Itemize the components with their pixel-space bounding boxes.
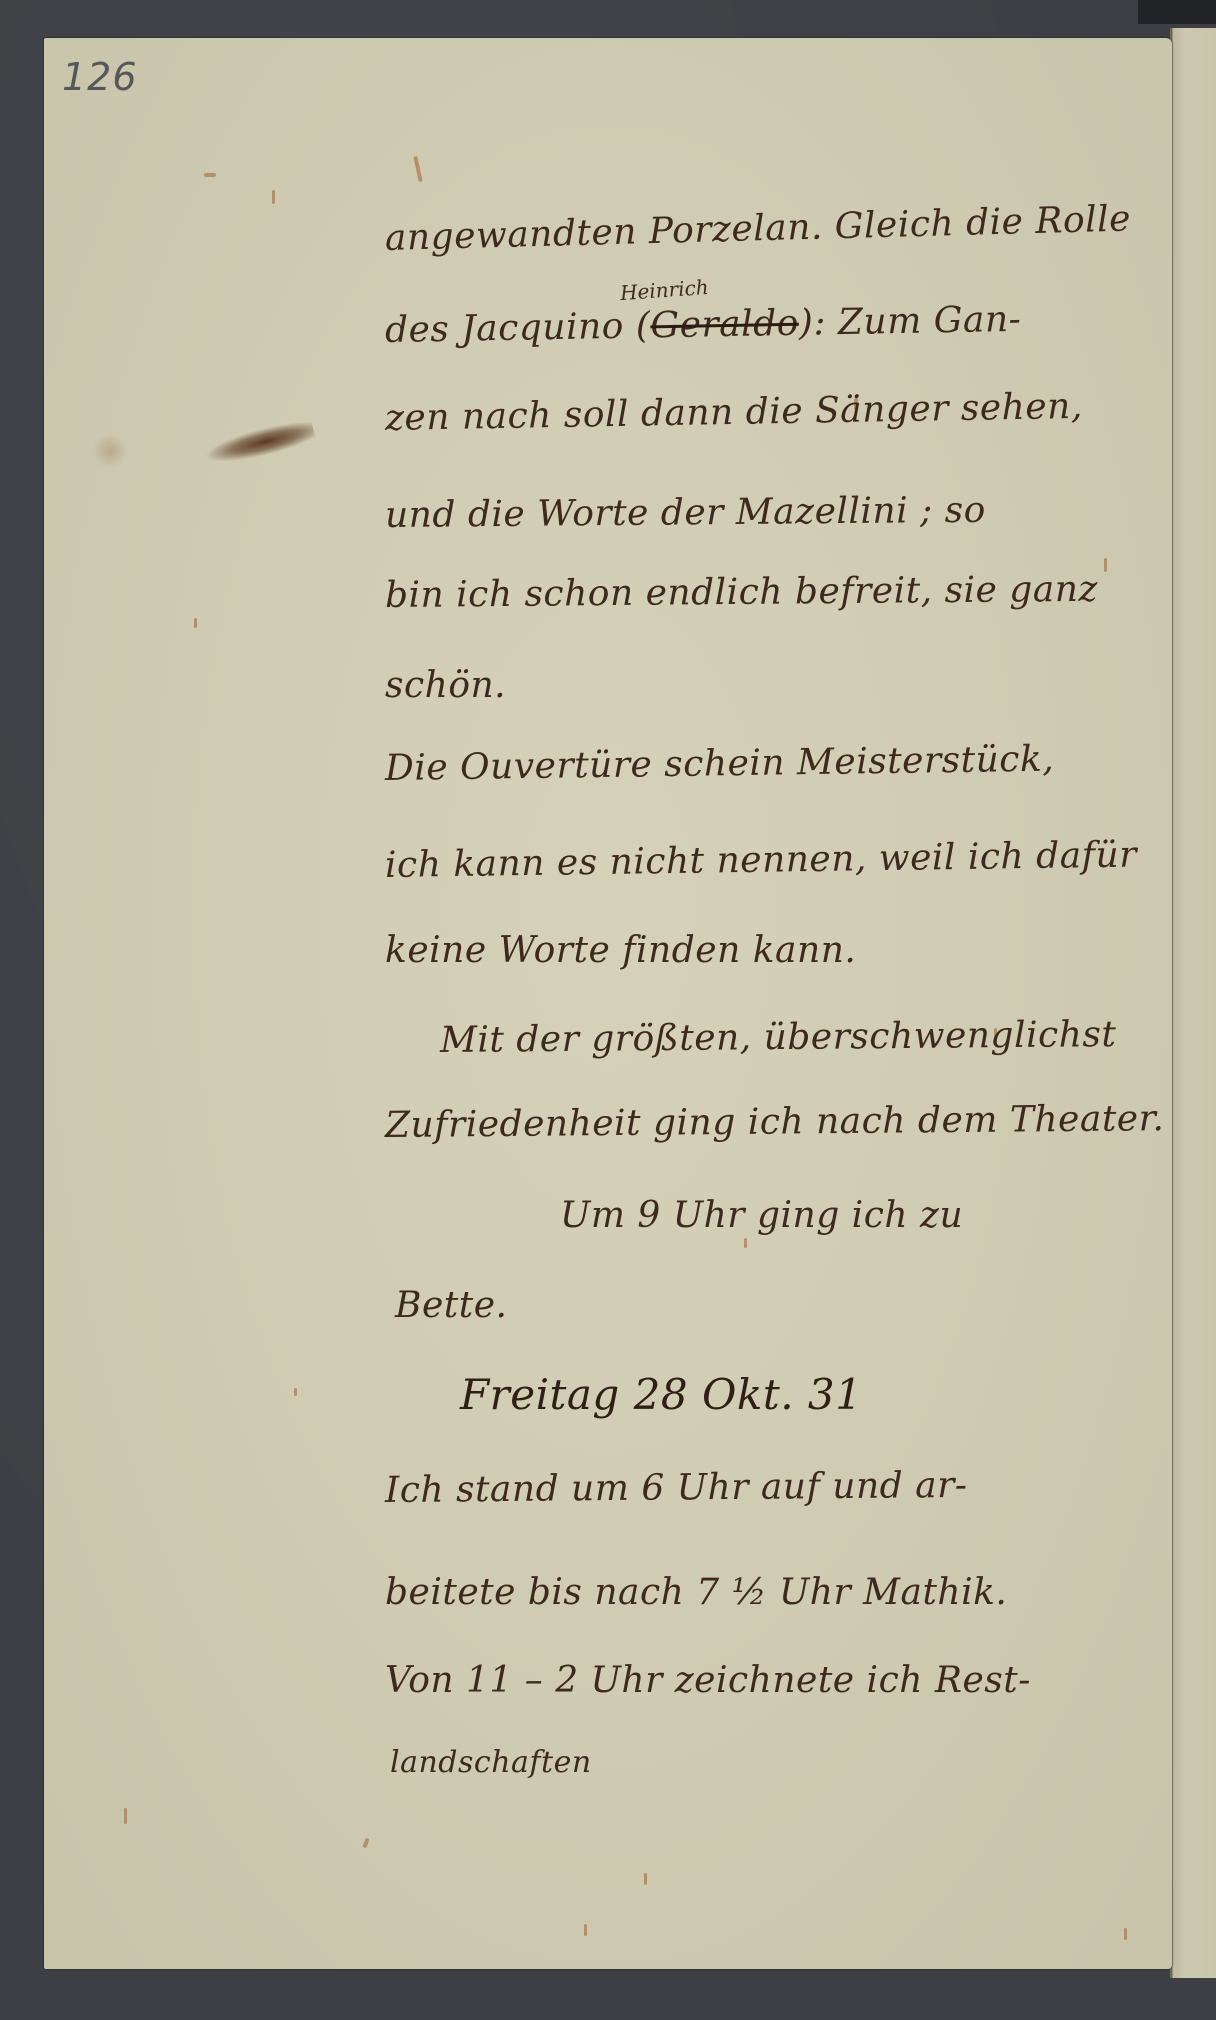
manuscript-line-16: beitete bis nach 7 ½ Uhr Mathik. xyxy=(385,1572,1007,1613)
manuscript-line-11: Zufriedenheit ging ich nach dem Theater. xyxy=(385,1098,1165,1146)
paper-fleck xyxy=(294,1388,297,1396)
paper-fleck xyxy=(744,1238,747,1248)
next-page-edge xyxy=(1172,28,1216,1978)
line-2-start: des Jacquino ( xyxy=(385,305,651,351)
struck-word: Geraldo xyxy=(650,303,799,347)
paper-fleck xyxy=(362,1838,369,1849)
manuscript-line-12: Um 9 Uhr ging ich zu xyxy=(560,1195,963,1236)
manuscript-line-5: bin ich schon endlich befreit, sie ganz xyxy=(385,569,1098,616)
paper-fleck xyxy=(194,618,197,628)
manuscript-line-17: Von 11 – 2 Uhr zeichnete ich Rest- xyxy=(385,1660,1031,1701)
paper-fleck xyxy=(1124,1928,1127,1940)
manuscript-line-9: keine Worte finden kann. xyxy=(385,930,856,971)
paper-fleck xyxy=(413,156,422,182)
diary-date-heading: Freitag 28 Okt. 31 xyxy=(460,1370,862,1419)
manuscript-line-4: und die Worte der Mazellini ; so xyxy=(385,490,986,536)
folio-number: 126 xyxy=(62,55,138,99)
paper-fleck xyxy=(644,1873,647,1885)
paper-fleck xyxy=(124,1808,127,1824)
manuscript-line-6: schön. xyxy=(385,665,506,706)
paper-fleck xyxy=(204,173,216,177)
manuscript-line-10: Mit der größten, überschwenglichst xyxy=(440,1014,1117,1061)
line-2-end: ): Zum Gan- xyxy=(798,299,1021,344)
paper-fleck xyxy=(584,1924,587,1936)
binding-shadow xyxy=(1138,0,1216,24)
manuscript-line-13: Bette. xyxy=(395,1285,507,1326)
paper-fleck xyxy=(272,190,275,204)
manuscript-line-18: landschaften xyxy=(390,1745,592,1780)
manuscript-line-15: Ich stand um 6 Uhr auf und ar- xyxy=(385,1465,968,1511)
paper-stain xyxy=(92,433,128,469)
paper-fleck xyxy=(1104,558,1107,572)
